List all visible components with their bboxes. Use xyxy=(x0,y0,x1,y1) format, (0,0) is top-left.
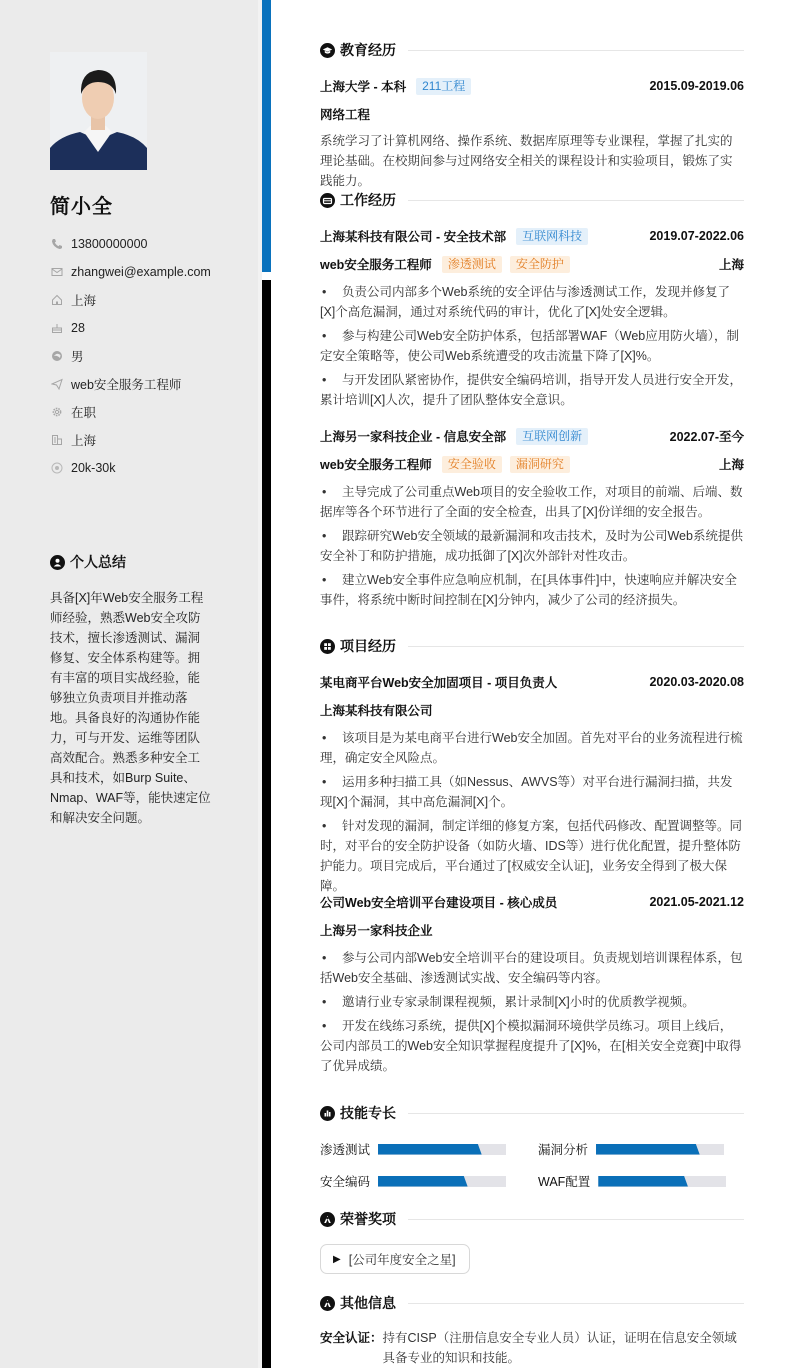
skill-item: 安全编码 xyxy=(320,1172,506,1190)
skill-bar-fill xyxy=(596,1144,700,1155)
awards-title: 荣誉奖项 xyxy=(340,1209,396,1229)
cake-icon xyxy=(50,322,63,335)
salary-icon xyxy=(50,462,63,475)
job-target-value: web安全服务工程师 xyxy=(71,375,181,393)
work-company: 上海某科技有限公司 - 安全技术部 xyxy=(320,227,506,245)
skill-label: 渗透测试 xyxy=(320,1140,370,1158)
work-city: 上海 xyxy=(719,455,744,473)
work-company: 上海另一家科技企业 - 信息安全部 xyxy=(320,427,506,445)
project-1-bullets: •该项目是为某电商平台进行Web安全加固。首先对平台的业务流程进行梳理，确定安全… xyxy=(320,728,744,900)
send-icon xyxy=(50,378,63,391)
age-value: 28 xyxy=(71,321,85,335)
section-skills-heading: 技能专长 xyxy=(320,1103,744,1123)
industry-tag: 互联网创新 xyxy=(516,428,588,445)
work-city-value: 上海 xyxy=(71,431,96,449)
skill-bar xyxy=(378,1176,506,1187)
work-date: 2022.07-至今 xyxy=(670,427,744,445)
project-name: 某电商平台Web安全加固项目 - 项目负责人 xyxy=(320,673,557,691)
info-email: zhangwei@example.com xyxy=(50,258,211,286)
portrait-photo xyxy=(50,52,147,170)
summary-title: 个人总结 xyxy=(70,552,126,572)
grid-circle-icon xyxy=(320,639,335,654)
work-city: 上海 xyxy=(719,255,744,273)
section-work-heading: 工作经历 xyxy=(320,190,744,210)
info-work-city: 上海 xyxy=(50,426,211,454)
summary-heading: 个人总结 xyxy=(50,552,126,572)
list-item: •建立Web安全事件应急响应机制，在[具体事件]中，快速响应并解决安全事件，将系… xyxy=(320,570,744,610)
info-gender: 男 xyxy=(50,342,211,370)
major: 网络工程 xyxy=(320,105,370,123)
skill-item: 漏洞分析 xyxy=(538,1140,724,1158)
project-2-bullets: •参与公司内部Web安全培训平台的建设项目。负责规划培训课程体系，包括Web安全… xyxy=(320,948,744,1080)
list-item: •针对发现的漏洞，制定详细的修复方案，包括代码修改、配置调整等。同时，对平台的安… xyxy=(320,816,744,896)
award-label: [公司年度安全之星] xyxy=(349,1250,456,1268)
section-divider xyxy=(408,1113,744,1114)
skill-bar xyxy=(596,1144,724,1155)
info-location: 上海 xyxy=(50,286,211,314)
skill-label: 漏洞分析 xyxy=(538,1140,588,1158)
info-status: 在职 xyxy=(50,398,211,426)
other-title: 其他信息 xyxy=(340,1293,396,1313)
info-phone: 13800000000 xyxy=(50,230,211,258)
section-awards-heading: 荣誉奖项 xyxy=(320,1209,744,1229)
education-row: 上海大学 - 本科 211工程 2015.09-2019.06 xyxy=(320,77,744,95)
building-icon xyxy=(50,434,63,447)
accent-bar-black xyxy=(262,280,271,1368)
list-item: •主导完成了公司重点Web项目的安全验收工作，对项目的前端、后端、数据库等各个环… xyxy=(320,482,744,522)
school-tag: 211工程 xyxy=(416,78,471,95)
summary-text: 具备[X]年Web安全服务工程师经验，熟悉Web安全攻防技术，擅长渗透测试、漏洞… xyxy=(50,588,212,828)
info-age: 28 xyxy=(50,314,211,342)
work-item-2-position: web安全服务工程师 安全验收 漏洞研究 上海 xyxy=(320,455,744,473)
list-item: •参与公司内部Web安全培训平台的建设项目。负责规划培训课程体系，包括Web安全… xyxy=(320,948,744,988)
work-date: 2019.07-2022.06 xyxy=(649,229,744,243)
projects-title: 项目经历 xyxy=(340,636,396,656)
mail-icon xyxy=(50,266,63,279)
other-info-key: 安全认证： xyxy=(320,1328,383,1368)
project-2-company-row: 上海另一家科技企业 xyxy=(320,921,744,939)
bar-chart-icon xyxy=(320,1106,335,1121)
skill-bar xyxy=(378,1144,506,1155)
skill-bar-fill xyxy=(378,1176,468,1187)
work-item-1-bullets: •负责公司内部多个Web系统的安全评估与渗透测试工作，发现并修复了[X]个高危漏… xyxy=(320,282,744,414)
list-item: •负责公司内部多个Web系统的安全评估与渗透测试工作，发现并修复了[X]个高危漏… xyxy=(320,282,744,322)
work-position: web安全服务工程师 xyxy=(320,455,432,473)
education-title: 教育经历 xyxy=(340,40,396,60)
info-job-target: web安全服务工程师 xyxy=(50,370,211,398)
section-other-heading: 其他信息 xyxy=(320,1293,744,1313)
skill-tag: 安全防护 xyxy=(510,256,570,273)
list-item: •开发在线练习系统，提供[X]个模拟漏洞环境供学员练习。项目上线后，公司内部员工… xyxy=(320,1016,744,1076)
accent-bar-blue xyxy=(262,0,271,272)
other-info-value: 持有CISP（注册信息安全专业人员）认证，证明在信息安全领域具备专业的知识和技能… xyxy=(383,1328,744,1368)
industry-tag: 互联网科技 xyxy=(516,228,588,245)
project-1-header: 某电商平台Web安全加固项目 - 项目负责人 2020.03-2020.08 xyxy=(320,673,744,691)
section-divider xyxy=(408,1303,744,1304)
home-icon xyxy=(50,294,63,307)
list-item: •运用多种扫描工具（如Nessus、AWVS等）对平台进行漏洞扫描，共发现[X]… xyxy=(320,772,744,812)
phone-icon xyxy=(50,238,63,251)
avatar xyxy=(50,52,147,170)
skill-label: 安全编码 xyxy=(320,1172,370,1190)
skill-tag: 安全验收 xyxy=(442,456,502,473)
list-item: •跟踪研究Web安全领域的最新漏洞和攻击技术，及时为公司Web系统提供安全补丁和… xyxy=(320,526,744,566)
work-item-1-position: web安全服务工程师 渗透测试 安全防护 上海 xyxy=(320,255,744,273)
work-position: web安全服务工程师 xyxy=(320,255,432,273)
gender-value: 男 xyxy=(71,347,84,365)
skill-tag: 漏洞研究 xyxy=(510,456,570,473)
award-item[interactable]: ▶ [公司年度安全之星] xyxy=(320,1244,470,1274)
project-company: 上海某科技有限公司 xyxy=(320,701,433,719)
skills-title: 技能专长 xyxy=(340,1103,396,1123)
project-date: 2021.05-2021.12 xyxy=(649,895,744,909)
skill-item: 渗透测试 xyxy=(320,1140,506,1158)
contact-info-list: 13800000000 zhangwei@example.com 上海 28 男… xyxy=(50,230,211,482)
education-description: 系统学习了计算机网络、操作系统、数据库原理等专业课程，掌握了扎实的理论基础。在校… xyxy=(320,131,744,191)
gender-icon xyxy=(50,350,63,363)
school-name: 上海大学 - 本科 xyxy=(320,77,406,95)
email-value: zhangwei@example.com xyxy=(71,265,211,279)
project-2-header: 公司Web安全培训平台建设项目 - 核心成员 2021.05-2021.12 xyxy=(320,893,744,911)
section-projects-heading: 项目经历 xyxy=(320,636,744,656)
work-item-2-bullets: •主导完成了公司重点Web项目的安全验收工作，对项目的前端、后端、数据库等各个环… xyxy=(320,482,744,614)
section-education-heading: 教育经历 xyxy=(320,40,744,60)
skill-bar-fill xyxy=(378,1144,482,1155)
major-row: 网络工程 xyxy=(320,105,744,123)
section-divider xyxy=(408,1219,744,1220)
skill-item: WAF配置 xyxy=(538,1172,726,1190)
candidate-name: 简小全 xyxy=(50,190,113,219)
salary-value: 20k-30k xyxy=(71,461,115,475)
skill-bar-fill xyxy=(598,1176,688,1187)
project-date: 2020.03-2020.08 xyxy=(649,675,744,689)
skill-tag: 渗透测试 xyxy=(442,256,502,273)
other-info-item: 安全认证： 持有CISP（注册信息安全专业人员）认证，证明在信息安全领域具备专业… xyxy=(320,1328,744,1368)
skill-label: WAF配置 xyxy=(538,1172,590,1190)
award-icon xyxy=(320,1212,335,1227)
section-divider xyxy=(408,646,744,647)
project-name: 公司Web安全培训平台建设项目 - 核心成员 xyxy=(320,893,557,911)
work-item-2-header: 上海另一家科技企业 - 信息安全部 互联网创新 2022.07-至今 xyxy=(320,427,744,445)
status-value: 在职 xyxy=(71,403,96,421)
section-divider xyxy=(408,200,744,201)
location-value: 上海 xyxy=(71,291,96,309)
list-item: •参与构建公司Web安全防护体系，包括部署WAF（Web应用防火墙），制定安全策… xyxy=(320,326,744,366)
briefcase-icon xyxy=(320,193,335,208)
phone-value: 13800000000 xyxy=(71,237,147,251)
skill-bar xyxy=(598,1176,726,1187)
info-salary: 20k-30k xyxy=(50,454,211,482)
gear-icon xyxy=(50,406,63,419)
award-icon xyxy=(320,1296,335,1311)
user-circle-icon xyxy=(50,555,65,570)
education-date: 2015.09-2019.06 xyxy=(649,79,744,93)
graduation-cap-icon xyxy=(320,43,335,58)
work-title: 工作经历 xyxy=(340,190,396,210)
work-item-1-header: 上海某科技有限公司 - 安全技术部 互联网科技 2019.07-2022.06 xyxy=(320,227,744,245)
project-company: 上海另一家科技企业 xyxy=(320,921,433,939)
list-item: •与开发团队紧密协作，提供安全编码培训，指导开发人员进行安全开发，累计培训[X]… xyxy=(320,370,744,410)
section-divider xyxy=(408,50,744,51)
list-item: •邀请行业专家录制课程视频，累计录制[X]小时的优质教学视频。 xyxy=(320,992,744,1012)
list-item: •该项目是为某电商平台进行Web安全加固。首先对平台的业务流程进行梳理，确定安全… xyxy=(320,728,744,768)
project-1-company-row: 上海某科技有限公司 xyxy=(320,701,744,719)
play-triangle-icon: ▶ xyxy=(333,1254,341,1265)
